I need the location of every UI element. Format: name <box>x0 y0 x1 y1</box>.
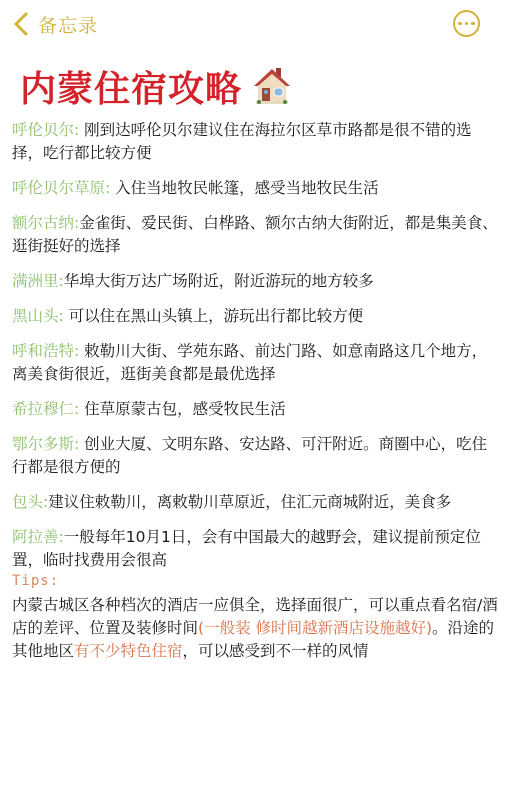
tips-highlight: 有不少特色住宿 <box>74 642 183 660</box>
list-item: 呼伦贝尔草原: 入住当地牧民帐篷，感受当地牧民生活 <box>12 177 502 200</box>
list-item: 呼和浩特: 敕勒川大街、学苑东路、前达门路、如意南路这几个地方，离美食街很近，逛… <box>12 340 502 386</box>
tips-label: Tips: <box>12 572 507 590</box>
list-item: 鄂尔多斯: 创业大厦、文明东路、安达路、可汗附近。商圈中心，吃住行都是很方便的 <box>12 433 502 479</box>
list-item: 包头:建议住敕勒川，离敕勒川草原近，住汇元商城附近，美食多 <box>12 491 502 514</box>
tips-highlight: (一般装 修时间越新酒店设施越好) <box>198 619 432 637</box>
back-label: 备忘录 <box>38 11 98 38</box>
list-item: 满洲里:华埠大街万达广场附近，附近游玩的地方较多 <box>12 270 502 293</box>
place-text: 一般每年10月1日，会有中国最大的越野会，建议提前预定位置，临时找费用会很高 <box>12 528 481 569</box>
note-title-row: 内蒙住宿攻略 <box>20 62 294 110</box>
back-button[interactable]: 备忘录 <box>12 9 98 39</box>
more-options-button[interactable] <box>453 10 480 37</box>
ellipsis-dot <box>471 22 475 26</box>
place-text: 入住当地牧民帐篷，感受当地牧民生活 <box>115 179 379 197</box>
place-name: 呼和浩特: <box>12 342 79 360</box>
ellipsis-dot <box>465 22 469 26</box>
ellipsis-dot <box>458 22 462 26</box>
place-text: 建议住敕勒川，离敕勒川草原近，住汇元商城附近，美食多 <box>48 493 451 511</box>
list-item: 额尔古纳:金雀街、爱民街、白桦路、额尔古纳大街附近，都是集美食、逛街挺好的选择 <box>12 212 502 258</box>
note-title: 内蒙住宿攻略 <box>20 61 242 112</box>
place-text: 可以住在黑山头镇上，游玩出行都比较方便 <box>69 307 364 325</box>
place-name: 呼伦贝尔: <box>12 121 79 139</box>
tips-section: Tips: 内蒙古城区各种档次的酒店一应俱全，选择面很广，可以重点看名宿/酒店的… <box>12 572 507 663</box>
list-item: 黑山头: 可以住在黑山头镇上，游玩出行都比较方便 <box>12 305 502 328</box>
notes-page: 备忘录 内蒙住宿攻略 呼伦贝尔: 刚到达呼伦贝尔建议住在海拉尔区草市路都是很不错… <box>0 0 507 800</box>
list-item: 阿拉善:一般每年10月1日，会有中国最大的越野会，建议提前预定位置，临时找费用会… <box>12 526 502 572</box>
place-name: 希拉穆仁: <box>12 400 79 418</box>
place-text: 敕勒川大街、学苑东路、前达门路、如意南路这几个地方，离美食街很近，逛街美食都是最… <box>12 342 487 383</box>
place-name: 阿拉善: <box>12 528 64 546</box>
place-name: 呼伦贝尔草原: <box>12 179 110 197</box>
place-text: 金雀街、爱民街、白桦路、额尔古纳大街附近，都是集美食、逛街挺好的选择 <box>12 214 498 255</box>
chevron-left-icon <box>12 11 30 37</box>
place-name: 包头: <box>12 493 48 511</box>
list-item: 呼伦贝尔: 刚到达呼伦贝尔建议住在海拉尔区草市路都是很不错的选择，吃行都比较方便 <box>12 119 502 165</box>
place-text: 创业大厦、文明东路、安达路、可汗附近。商圈中心，吃住行都是很方便的 <box>12 435 487 476</box>
place-name: 黑山头: <box>12 307 64 325</box>
place-name: 鄂尔多斯: <box>12 435 79 453</box>
place-text: 刚到达呼伦贝尔建议住在海拉尔区草市路都是很不错的选择，吃行都比较方便 <box>12 121 472 162</box>
place-name: 满洲里: <box>12 272 64 290</box>
note-body: 呼伦贝尔: 刚到达呼伦贝尔建议住在海拉尔区草市路都是很不错的选择，吃行都比较方便… <box>12 119 502 584</box>
navbar: 备忘录 <box>0 0 507 52</box>
house-icon <box>250 64 294 108</box>
tips-text: ，可以感受到不一样的风情 <box>183 642 369 660</box>
place-text: 华埠大街万达广场附近，附近游玩的地方较多 <box>64 272 374 290</box>
list-item: 希拉穆仁: 住草原蒙古包，感受牧民生活 <box>12 398 502 421</box>
tips-body: 内蒙古城区各种档次的酒店一应俱全，选择面很广，可以重点看名宿/酒店的差评、位置及… <box>12 594 507 663</box>
place-name: 额尔古纳: <box>12 214 79 232</box>
place-text: 住草原蒙古包，感受牧民生活 <box>84 400 286 418</box>
